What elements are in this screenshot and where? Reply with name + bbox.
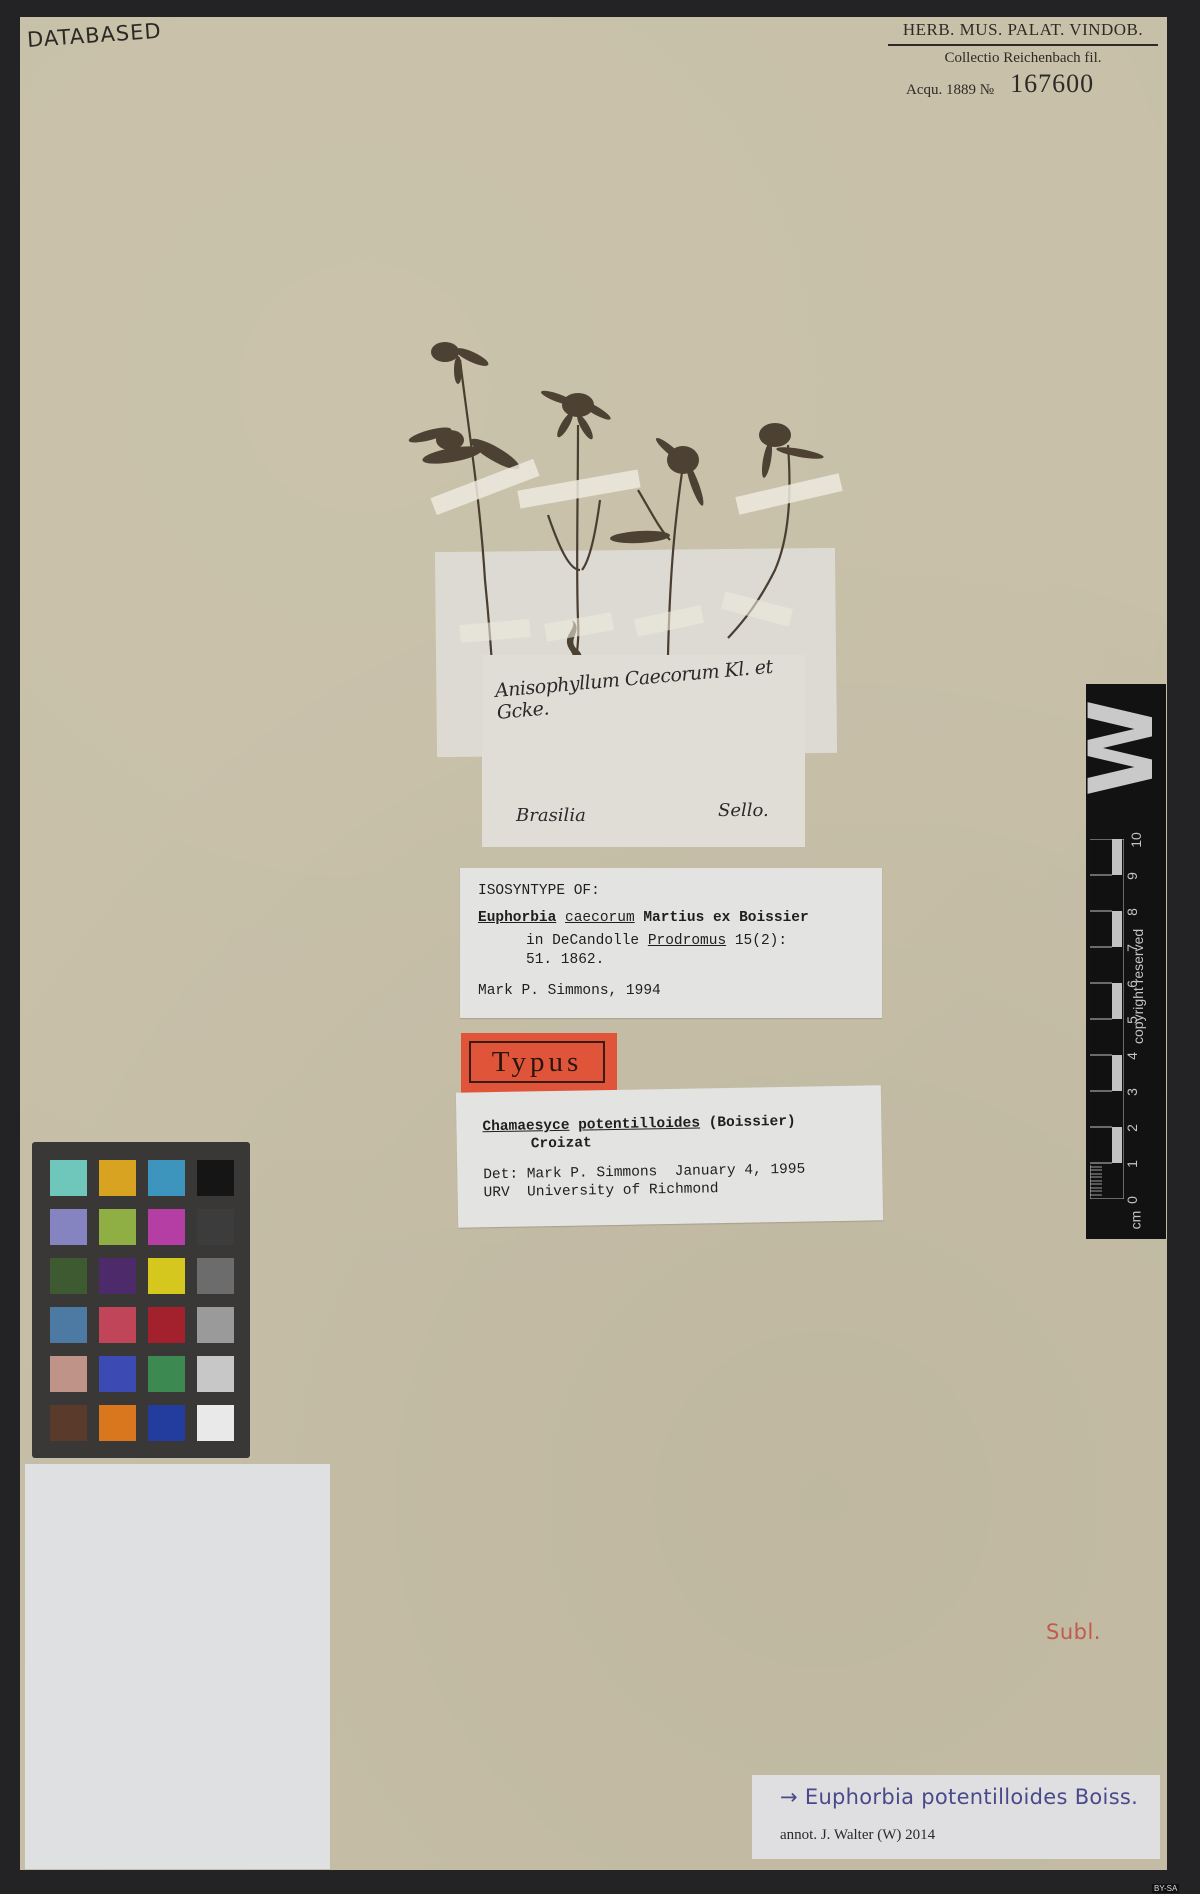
- original-label-locality: Brasilia: [516, 805, 586, 826]
- det-inst-code: URV: [483, 1185, 509, 1201]
- annotation-annotator: annot. J. Walter (W) 2014: [780, 1827, 935, 1844]
- det-species: potentilloides: [578, 1115, 700, 1133]
- ruler-icon: [1090, 839, 1124, 1199]
- color-swatch: [197, 1405, 234, 1441]
- license-badge: BY-SA: [1152, 1884, 1179, 1893]
- color-swatch: [148, 1160, 185, 1196]
- isosyntype-genus: Euphorbia: [478, 910, 556, 926]
- isosyntype-authority: Martius ex Boissier: [643, 910, 808, 926]
- det-name: Mark P. Simmons: [527, 1164, 658, 1182]
- isosyntype-species: caecorum: [565, 910, 635, 926]
- white-reference-card: [25, 1464, 330, 1869]
- det-genus: Chamaesyce: [482, 1118, 569, 1136]
- copyright-text: copyright reserved: [1130, 929, 1146, 1044]
- accession-number: 167600: [1010, 69, 1094, 99]
- annotation-handwritten-name: → Euphorbia potentilloides Boiss.: [780, 1785, 1138, 1809]
- scale-tick-label: 8: [1124, 908, 1140, 916]
- color-swatch: [99, 1356, 136, 1392]
- color-swatch: [148, 1209, 185, 1245]
- subl-stamp: Subl.: [1046, 1620, 1101, 1644]
- color-swatch: [50, 1209, 87, 1245]
- isosyntype-volume: 15(2):: [735, 933, 787, 949]
- isosyntype-heading: ISOSYNTYPE OF:: [478, 882, 864, 901]
- collection-name: Collectio Reichenbach fil.: [888, 50, 1158, 67]
- scale-tick-label: 2: [1124, 1124, 1140, 1132]
- isosyntype-page-year: 51. 1862.: [478, 951, 864, 970]
- scale-unit: cm: [1127, 1211, 1143, 1230]
- herbarium-stamp: HERB. MUS. PALAT. VINDOB. Collectio Reic…: [888, 20, 1158, 99]
- color-swatch: [50, 1405, 87, 1441]
- scale-bar: W: [1086, 684, 1166, 1239]
- color-swatch: [99, 1160, 136, 1196]
- isosyntype-publication: Prodromus: [648, 933, 726, 949]
- color-swatch: [148, 1405, 185, 1441]
- color-swatch: [197, 1356, 234, 1392]
- color-swatch: [197, 1160, 234, 1196]
- color-swatch: [50, 1356, 87, 1392]
- original-label-name: Anisophyllum Caecorum Kl. et Gcke.: [494, 653, 806, 724]
- color-swatch: [148, 1258, 185, 1294]
- scale-tick-label: 4: [1124, 1052, 1140, 1060]
- annotation-label: → Euphorbia potentilloides Boiss. annot.…: [752, 1775, 1160, 1859]
- color-swatch: [50, 1160, 87, 1196]
- color-swatch: [99, 1209, 136, 1245]
- color-swatch: [99, 1405, 136, 1441]
- typus-text: Typus: [469, 1041, 605, 1083]
- scale-tick-label: 9: [1124, 872, 1140, 880]
- color-swatch: [197, 1307, 234, 1343]
- color-swatch: [148, 1307, 185, 1343]
- color-swatch: [197, 1258, 234, 1294]
- institution-name: HERB. MUS. PALAT. VINDOB.: [888, 20, 1158, 46]
- color-swatch: [99, 1307, 136, 1343]
- color-swatch: [197, 1209, 234, 1245]
- det-date: January 4, 1995: [675, 1162, 806, 1180]
- acquisition-label: Acqu. 1889 №: [906, 82, 994, 99]
- original-collection-label: Anisophyllum Caecorum Kl. et Gcke. Brasi…: [482, 655, 805, 847]
- herbarium-logo: W: [1072, 718, 1172, 778]
- det-prefix: Det:: [483, 1167, 518, 1184]
- color-swatch: [50, 1307, 87, 1343]
- det-institution: University of Richmond: [527, 1181, 719, 1200]
- scale-tick-label: 3: [1124, 1088, 1140, 1096]
- determination-label: Chamaesyce potentilloides (Boissier) Cro…: [456, 1085, 883, 1227]
- color-swatch: [148, 1356, 185, 1392]
- isosyntype-label: ISOSYNTYPE OF: Euphorbia caecorum Martiu…: [460, 868, 882, 1018]
- scale-tick-label: 0: [1124, 1196, 1140, 1204]
- scale-tick-label: 10: [1128, 832, 1144, 848]
- typus-label: Typus: [461, 1033, 617, 1095]
- det-authority: (Boissier): [709, 1114, 796, 1132]
- isosyntype-citation: in DeCandolle: [526, 933, 639, 949]
- color-swatch: [99, 1258, 136, 1294]
- scale-tick-label: 1: [1124, 1160, 1140, 1168]
- isosyntype-annotator: Mark P. Simmons, 1994: [478, 982, 864, 1001]
- color-swatch: [50, 1258, 87, 1294]
- color-calibration-card: [32, 1142, 250, 1458]
- original-label-collector: Sello.: [718, 800, 769, 821]
